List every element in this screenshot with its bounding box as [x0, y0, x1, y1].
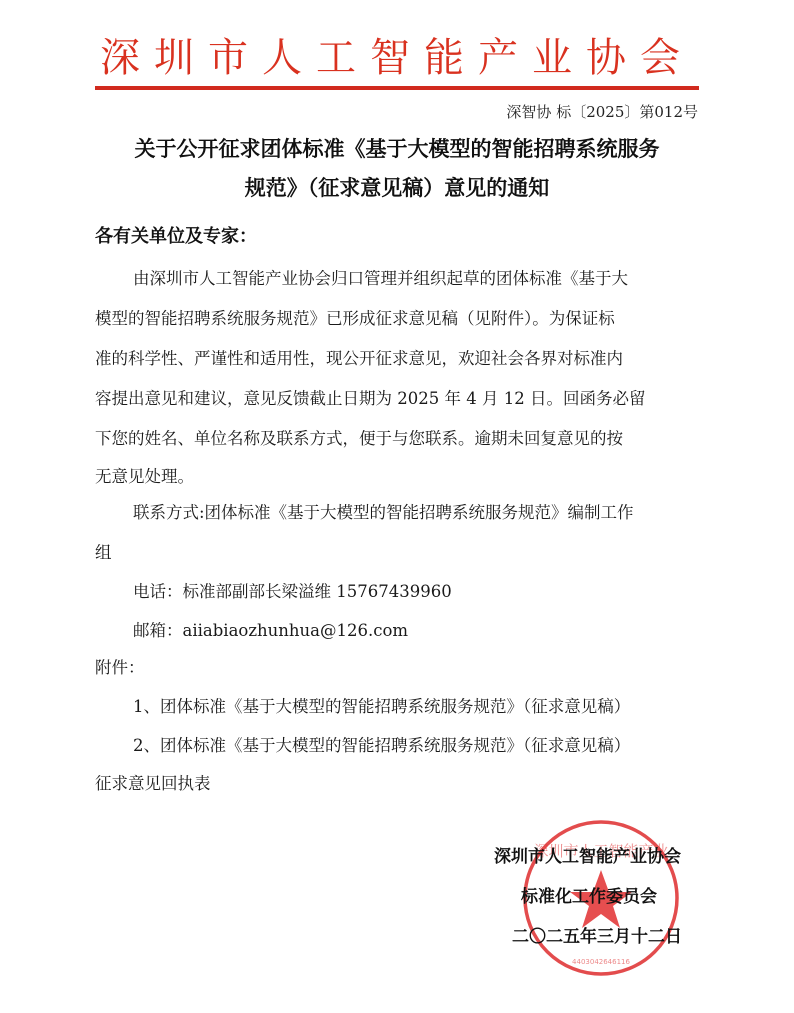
- phone-line: 电话：标准部副部长梁溢维 15767439960: [133, 578, 452, 602]
- body-line: 容提出意见和建议，意见反馈截止日期为 2025 年 4 月 12 日。回函务必留: [95, 385, 645, 409]
- organization-header: 深圳市人工智能产业协会: [93, 30, 701, 86]
- notice-title-line-2: 规范》（征求意见稿）意见的通知: [90, 172, 704, 202]
- signature-date: 二〇二五年三月十二日: [512, 922, 682, 947]
- attachments-label: 附件：: [95, 654, 145, 678]
- document-number: 深智协 标〔2025〕第012号: [506, 101, 698, 122]
- attachment-item[interactable]: 2、团体标准《基于大模型的智能招聘系统服务规范》（征求意见稿）: [133, 732, 630, 756]
- email-link[interactable]: 邮箱：aiiabiaozhunhua@126.com: [133, 617, 408, 641]
- body-line: 由深圳市人工智能产业协会归口管理并组织起草的团体标准《基于大: [133, 265, 628, 289]
- body-line: 模型的智能招聘系统服务规范》已形成征求意见稿（见附件）。为保证标: [95, 305, 615, 329]
- red-divider: [95, 86, 699, 90]
- body-line: 准的科学性、严谨性和适用性，现公开征求意见，欢迎社会各界对标准内: [95, 345, 623, 369]
- signature-organization: 深圳市人工智能产业协会: [494, 842, 681, 867]
- salutation: 各有关单位及专家：: [95, 222, 257, 248]
- attachment-item-continuation: 征求意见回执表: [95, 770, 211, 794]
- attachment-item[interactable]: 1、团体标准《基于大模型的智能招聘系统服务规范》（征求意见稿）: [133, 693, 630, 717]
- signature-committee: 标准化工作委员会: [521, 882, 657, 907]
- notice-title-line-1: 关于公开征求团体标准《基于大模型的智能招聘系统服务: [90, 133, 704, 163]
- contact-line: 联系方式:团体标准《基于大模型的智能招聘系统服务规范》编制工作: [133, 499, 634, 523]
- seal-number: 4403042646116: [572, 958, 630, 966]
- body-line: 无意见处理。: [95, 463, 194, 487]
- contact-line: 组: [95, 539, 112, 563]
- body-line: 下您的姓名、单位名称及联系方式，便于与您联系。逾期未回复意见的按: [95, 425, 623, 449]
